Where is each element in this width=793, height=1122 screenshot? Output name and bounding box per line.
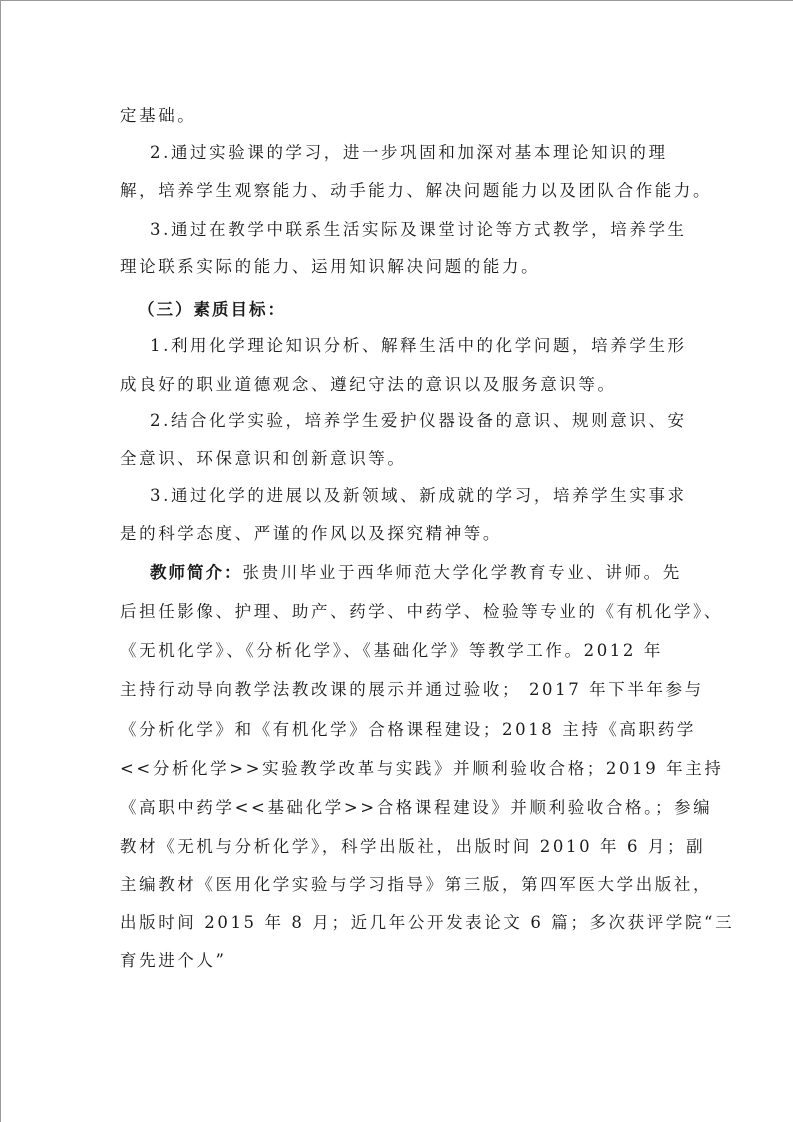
teacher-bio-line: 出版时间 2015 年 8 月；近几年公开发表论文 6 篇；多次获评学院“三 [120,911,734,935]
knowledge-goal-3-line-1: 3.通过在教学中联系生活实际及课堂讨论等方式教学，培养学生 [150,218,687,242]
section-heading-quality-goals: （三）素质目标： [138,298,286,322]
quality-goal-1-line-2: 成良好的职业道德观念、遵纪守法的意识以及服务意识等。 [120,373,617,397]
quality-goal-1-line-1: 1.利用化学理论知识分析、解释生活中的化学问题，培养学生形 [150,334,687,358]
teacher-bio-line: 后担任影像、护理、助产、药学、中药学、检验等专业的《有机化学》、 [120,600,723,624]
quality-goal-3-line-1: 3.通过化学的进展以及新领域、新成就的学习，培养学生实事求 [150,484,687,508]
teacher-bio-line: 《无机化学》、《分析化学》、《基础化学》等教学工作。2012 年 [120,639,663,663]
teacher-bio-line: 教材《无机与分析化学》，科学出版社，出版时间 2010 年 6 月；副 [120,835,705,859]
teacher-bio-label: 教师简介： [150,563,243,582]
quality-goal-2-line-1: 2.结合化学实验，培养学生爱护仪器设备的意识、规则意识、安 [150,409,687,433]
teacher-bio-line: 主持行动导向教学法教改课的展示并通过验收； 2017 年下半年参与 [120,678,704,702]
quality-goal-3-line-2: 是的科学态度、严谨的作风以及探究精神等。 [120,522,502,546]
knowledge-goal-3-line-2: 理论联系实际的能力、运用知识解决问题的能力。 [120,255,540,279]
teacher-bio-first-line: 教师简介：张贵川毕业于西华师范大学化学教育专业、讲师。先 [150,561,682,585]
teacher-bio-line: 主编教材《医用化学实验与学习指导》第三版，第四军医大学出版社， [120,873,712,897]
teacher-bio-text: 张贵川毕业于西华师范大学化学教育专业、讲师。先 [243,563,682,582]
quality-goal-2-line-2: 全意识、环保意识和创新意识等。 [120,447,407,471]
teacher-bio-line: 《高职中药学<<基础化学>>合格课程建设》并顺利验收合格。；参编 [120,796,712,820]
knowledge-goal-2-line-1: 2.通过实验课的学习，进一步巩固和加深对基本理论知识的理 [150,141,668,165]
paragraph-text: 定基础。 [120,104,196,128]
document-page: 定基础。 2.通过实验课的学习，进一步巩固和加深对基本理论知识的理 解，培养学生… [0,0,793,1122]
teacher-bio-line: 《分析化学》和《有机化学》合格课程建设；2018 主持《高职药学 [120,718,696,742]
teacher-bio-line: 育先进个人” [120,949,227,973]
teacher-bio-line: <<分析化学>>实验教学改革与实践》并顺利验收合格；2019 年主持 [120,757,723,781]
knowledge-goal-2-line-2: 解，培养学生观察能力、动手能力、解决问题能力以及团队合作能力。 [120,179,712,203]
